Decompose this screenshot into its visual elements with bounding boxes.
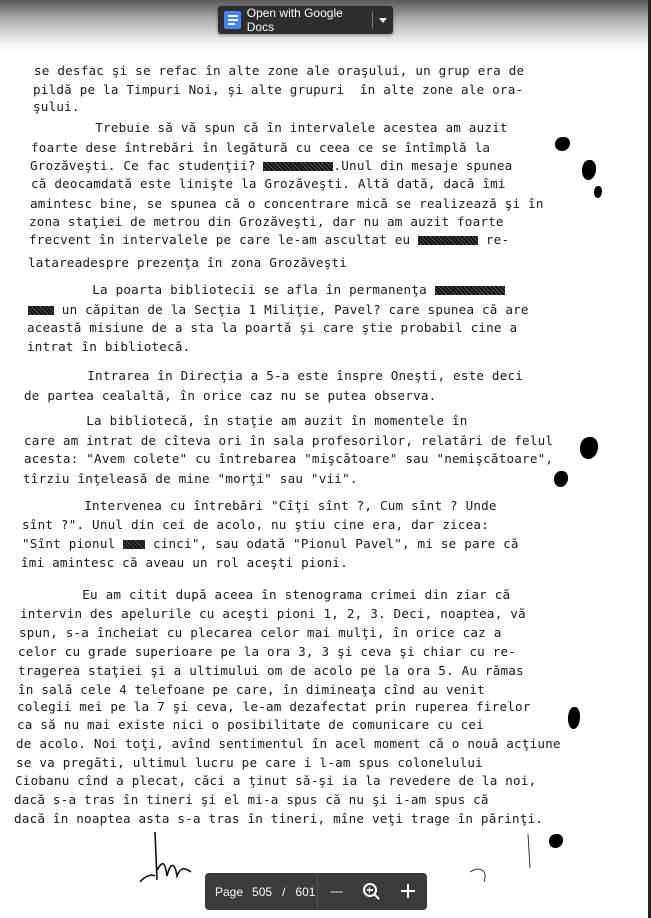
document-line: latareadespre prezenţa în zona Grozăveşt… bbox=[28, 256, 347, 270]
ink-blot bbox=[554, 471, 568, 487]
ink-blot bbox=[594, 186, 602, 198]
ink-blot bbox=[568, 707, 580, 729]
zoom-out-button[interactable] bbox=[318, 873, 354, 910]
redaction-mark: x bbox=[123, 540, 145, 549]
document-line: îmi amintesc că aveau un rol aceşti pion… bbox=[21, 556, 348, 570]
zoom-in-button[interactable] bbox=[390, 873, 426, 910]
document-line: Trebuie să vă spun că în intervalele ace… bbox=[33, 121, 508, 135]
document-line: "Sînt pionul x cinci", sau odată "Pionul… bbox=[22, 537, 519, 551]
document-line: tîrziu înţeleasă de mine "morţi" sau "vi… bbox=[23, 472, 358, 486]
document-line: Intrarea în Direcţia a 5-a este înspre O… bbox=[25, 369, 523, 383]
total-pages: 601 bbox=[295, 885, 315, 899]
document-line: La poarta bibliotecii se afla în permane… bbox=[30, 283, 505, 297]
document-line: că deocamdată este linişte la Grozăveşti… bbox=[31, 177, 506, 191]
document-line: acesta: "Avem colete" cu întrebarea "miş… bbox=[24, 452, 553, 466]
document-line: Grozăveşti. Ce fac studenţii? x.Unul din… bbox=[30, 159, 512, 173]
document-line: de partea cealaltă, în orice caz nu se p… bbox=[24, 389, 436, 403]
document-line: colegii mei pe la 7 şi ceva, le-am dezaf… bbox=[17, 700, 531, 714]
document-line: frecvent în intervalele pe care le-am as… bbox=[29, 233, 509, 247]
page-indicator: Page 505 / 601 bbox=[205, 885, 317, 899]
ink-blot bbox=[549, 834, 563, 848]
document-line: La bibliotecă, în staţie am auzit în mom… bbox=[24, 414, 468, 428]
document-line: Eu am citit după aceea în stenograma cri… bbox=[20, 588, 510, 602]
document-line: Ciobanu cînd a plecat, căci a ţinut să-ş… bbox=[15, 774, 536, 788]
document-line: se va pregăti, ultimul lucru pe care i l… bbox=[16, 756, 483, 770]
document-line: Intervenea cu întrebări "Cîţi sînt ?, Cu… bbox=[22, 499, 497, 513]
document-line: spun, s-a încheiat cu plecarea celor mai… bbox=[19, 626, 502, 640]
document-line: care am intrat de cîteva ori în sala pro… bbox=[24, 434, 553, 448]
document-line: sînt ?". Unul din cei de acolo, nu ştiu … bbox=[22, 518, 489, 532]
document-line: intrat în bibliotecă. bbox=[27, 340, 190, 354]
caret-down-icon bbox=[379, 18, 387, 23]
document-line: tragerea staţiei şi a ultimului om de ac… bbox=[18, 664, 524, 678]
open-with-button[interactable]: Open with Google Docs bbox=[218, 6, 365, 34]
document-line: ca să nu mai existe nici o posibilitate … bbox=[17, 718, 484, 732]
document-line: foarte dese întrebări în legătură cu cee… bbox=[31, 141, 490, 155]
document-line: x un căpitan de la Secţia 1 Miliţie, Pav… bbox=[28, 303, 529, 317]
redaction-mark: x bbox=[28, 306, 54, 315]
redaction-mark: x bbox=[418, 236, 478, 245]
page-separator: / bbox=[282, 885, 285, 899]
document-line: pildă pe la Timpuri Noi, şi alte grupuri… bbox=[33, 83, 523, 97]
document-line: de acolo. Noi toţi, avînd sentimentul în… bbox=[16, 737, 561, 751]
margin-mark bbox=[460, 830, 540, 890]
open-with-dropdown[interactable] bbox=[372, 6, 393, 34]
document-line: amintesc bine, se spunea că o concentrar… bbox=[30, 197, 544, 211]
document-line: intervin des apelurile cu aceşti pioni 1… bbox=[20, 607, 526, 621]
google-docs-icon bbox=[224, 11, 241, 29]
open-with-google-docs: Open with Google Docs bbox=[218, 6, 393, 34]
scanned-page: se desfac şi se refac în alte zone ale o… bbox=[0, 0, 648, 918]
document-line: această misiune de a sta la poartă şi ca… bbox=[27, 321, 517, 335]
current-page-input[interactable]: 505 bbox=[252, 885, 272, 899]
document-line: zona staţiei de metrou din Grozăveşti, d… bbox=[29, 215, 504, 229]
redaction-mark: x bbox=[263, 162, 333, 171]
document-viewer: se desfac şi se refac în alte zone ale o… bbox=[0, 0, 651, 918]
ink-blot bbox=[555, 137, 570, 151]
redaction-mark: x bbox=[435, 286, 505, 295]
zoom-fit-button[interactable] bbox=[354, 873, 390, 910]
document-line: se desfac şi se refac în alte zone ale o… bbox=[34, 64, 524, 78]
document-line: dacă s-a tras în tineri şi el mi-a spus … bbox=[14, 793, 489, 807]
open-with-label: Open with Google Docs bbox=[247, 6, 365, 34]
page-controls: Page 505 / 601 bbox=[205, 873, 427, 910]
ink-blot bbox=[582, 160, 596, 180]
page-label: Page bbox=[215, 885, 243, 899]
minus-icon bbox=[330, 891, 343, 893]
ink-blot bbox=[580, 437, 598, 459]
document-line: dacă în noaptea asta s-a tras în tineri,… bbox=[14, 812, 543, 826]
document-line: în sală cele 4 telefoane pe care, în dim… bbox=[18, 683, 485, 697]
document-line: şului. bbox=[33, 100, 80, 114]
document-line: celor cu grade superioare pe la ora 3, 3… bbox=[18, 645, 516, 659]
